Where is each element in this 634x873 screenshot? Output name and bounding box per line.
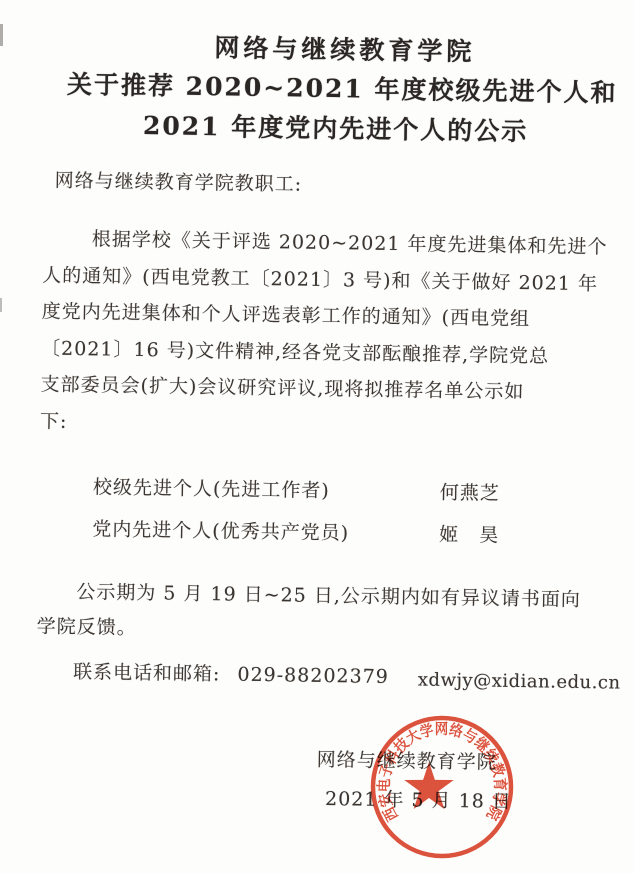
scanned-notice-page: 网络与继续教育学院 关于推荐 2020~2021 年度校级先进个人和 2021 … (0, 0, 634, 873)
title-line-org: 网络与继续教育学院 (60, 26, 630, 71)
contact-label: 联系电话和邮箱: (73, 661, 221, 685)
contact-phone: 029-88202379 (237, 664, 389, 688)
award-category-label: 党内先进个人(优秀共产党员) (92, 518, 349, 544)
title-line-subject: 关于推荐 2020~2021 年度校级先进个人和 (57, 65, 627, 110)
awardee-name: 何燕芝 (440, 478, 500, 506)
star-icon (404, 762, 453, 809)
award-row-school-level: 校级先进个人(先进工作者) 何燕芝 (93, 472, 330, 503)
contact-line: 联系电话和邮箱: 029-88202379 xdwjy@xidian.edu.c… (73, 657, 621, 693)
scan-edge-artifact (0, 298, 2, 312)
scan-edge-artifact (0, 24, 3, 46)
contact-email: xdwjy@xidian.edu.cn (418, 669, 621, 693)
title-line-subject2: 2021 年度党内先进个人的公示 (50, 105, 620, 150)
official-seal: 西安电子科技大学网络与继续教育学院 (357, 702, 527, 872)
body-paragraph-2: 公示期为 5 月 19 日~25 日,公示期内如有异议请书面向 学院反馈。 (36, 574, 581, 653)
salutation: 网络与继续教育学院教职工: (55, 166, 303, 197)
awardee-name: 姬 昊 (439, 520, 499, 548)
body-paragraph-1: 根据学校《关于评选 2020~2021 年度先进集体和先进个 人的通知》(西电党… (40, 221, 608, 449)
document-content: 网络与继续教育学院 关于推荐 2020~2021 年度校级先进个人和 2021 … (33, 0, 617, 873)
award-row-party-level: 党内先进个人(优秀共产党员) 姬 昊 (92, 514, 349, 545)
award-category-label: 校级先进个人(先进工作者) (93, 476, 330, 502)
